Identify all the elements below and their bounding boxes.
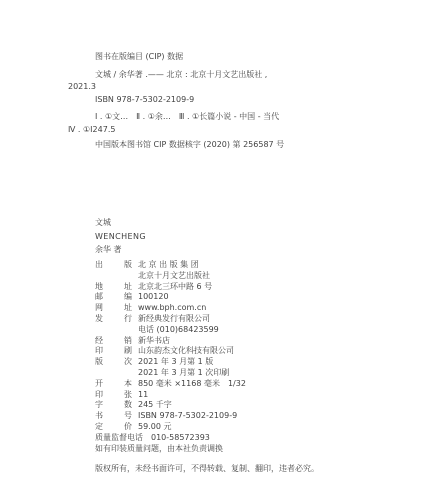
row-value: 2021 年 3 月第 1 版 (138, 357, 213, 366)
row-value: 新华书店 (138, 336, 170, 345)
row-label: 开本 (95, 379, 132, 390)
colophon-block: 出版北 京 出 版 集 团 北京十月文艺出版社 地址北京北三环中路 6 号 邮编… (95, 260, 405, 454)
colophon-row-printing: 2021 年 3 月第 1 次印刷 (95, 368, 405, 379)
row-label: 邮编 (95, 292, 132, 303)
title-block: 文城 WENCHENG 余华 著 (95, 216, 146, 257)
row-value: 北京北三环中路 6 号 (138, 282, 212, 291)
cip-classification-line-1: Ⅰ . ①文… Ⅱ . ①余… Ⅲ . ①长篇小说 - 中国 - 当代 (95, 111, 395, 124)
cip-classification-line-2: Ⅳ . ①I247.5 (68, 124, 395, 137)
row-value: 11 (138, 390, 148, 399)
row-value: 850 毫米 ×1168 毫米 1/32 (138, 379, 246, 388)
colophon-row-sheets: 印张11 (95, 390, 405, 401)
colophon-row-distributor-phone: 电话 (010)68423599 (95, 325, 405, 336)
row-label: 出版 (95, 260, 132, 271)
book-title-pinyin: WENCHENG (95, 230, 146, 244)
colophon-row-wordcount: 字数245 千字 (95, 400, 405, 411)
cip-record-number: 中国版本图书馆 CIP 数据核字 (2020) 第 256587 号 (95, 139, 395, 152)
row-label: 网址 (95, 303, 132, 314)
row-value: www.bph.com.cn (138, 303, 206, 312)
colophon-row-postcode: 邮编100120 (95, 292, 405, 303)
row-value: 新经典发行有限公司 (138, 314, 210, 323)
row-value: 山东韵杰文化科技有限公司 (138, 346, 234, 355)
copyright-page: 图书在版编目 (CIP) 数据 文城 / 余华著 .—— 北京 : 北京十月文艺… (0, 0, 439, 500)
colophon-row-retailer: 经销新华书店 (95, 336, 405, 347)
colophon-row-printer: 印刷山东韵杰文化科技有限公司 (95, 346, 405, 357)
quality-note: 如有印装质量问题，由本社负责调换 (95, 444, 405, 455)
row-value: 北京十月文艺出版社 (138, 271, 210, 280)
colophon-row-website: 网址www.bph.com.cn (95, 303, 405, 314)
row-label: 地址 (95, 282, 132, 293)
book-title-chinese: 文城 (95, 216, 146, 230)
row-label: 书号 (95, 411, 132, 422)
row-value: ISBN 978-7-5302-2109-9 (138, 411, 237, 420)
cip-isbn: ISBN 978-7-5302-2109-9 (95, 94, 395, 107)
quality-hotline: 质量监督电话 010-58572393 (95, 433, 405, 444)
row-value: 245 千字 (138, 400, 172, 409)
cip-heading: 图书在版编目 (CIP) 数据 (95, 51, 395, 64)
row-label: 印刷 (95, 346, 132, 357)
row-label: 版次 (95, 357, 132, 368)
colophon-row-distributor: 发行新经典发行有限公司 (95, 314, 405, 325)
row-label: 发行 (95, 314, 132, 325)
copyright-notice: 版权所有，未经书面许可，不得转载、复制、翻印，违者必究。 (95, 463, 319, 474)
row-label: 经销 (95, 336, 132, 347)
colophon-row-publisher-2: 北京十月文艺出版社 (95, 271, 405, 282)
row-label: 印张 (95, 390, 132, 401)
colophon-row-publisher: 出版北 京 出 版 集 团 (95, 260, 405, 271)
colophon-row-price: 定价59.00 元 (95, 422, 405, 433)
row-value: 2021 年 3 月第 1 次印刷 (138, 368, 229, 377)
colophon-row-format: 开本850 毫米 ×1168 毫米 1/32 (95, 379, 405, 390)
cip-entry-line-1: 文城 / 余华著 .—— 北京 : 北京十月文艺出版社 , (95, 69, 395, 82)
book-author: 余华 著 (95, 243, 146, 257)
colophon-row-edition: 版次2021 年 3 月第 1 版 (95, 357, 405, 368)
row-value: 北 京 出 版 集 团 (138, 260, 199, 269)
row-label: 定价 (95, 422, 132, 433)
row-value: 电话 (010)68423599 (138, 325, 219, 334)
colophon-row-address: 地址北京北三环中路 6 号 (95, 282, 405, 293)
cip-entry-line-2: 2021.3 (68, 81, 395, 94)
row-value: 100120 (138, 292, 169, 301)
row-label: 字数 (95, 400, 132, 411)
cip-block: 图书在版编目 (CIP) 数据 文城 / 余华著 .—— 北京 : 北京十月文艺… (95, 51, 395, 152)
colophon-row-isbn: 书号ISBN 978-7-5302-2109-9 (95, 411, 405, 422)
row-value: 59.00 元 (138, 422, 171, 431)
